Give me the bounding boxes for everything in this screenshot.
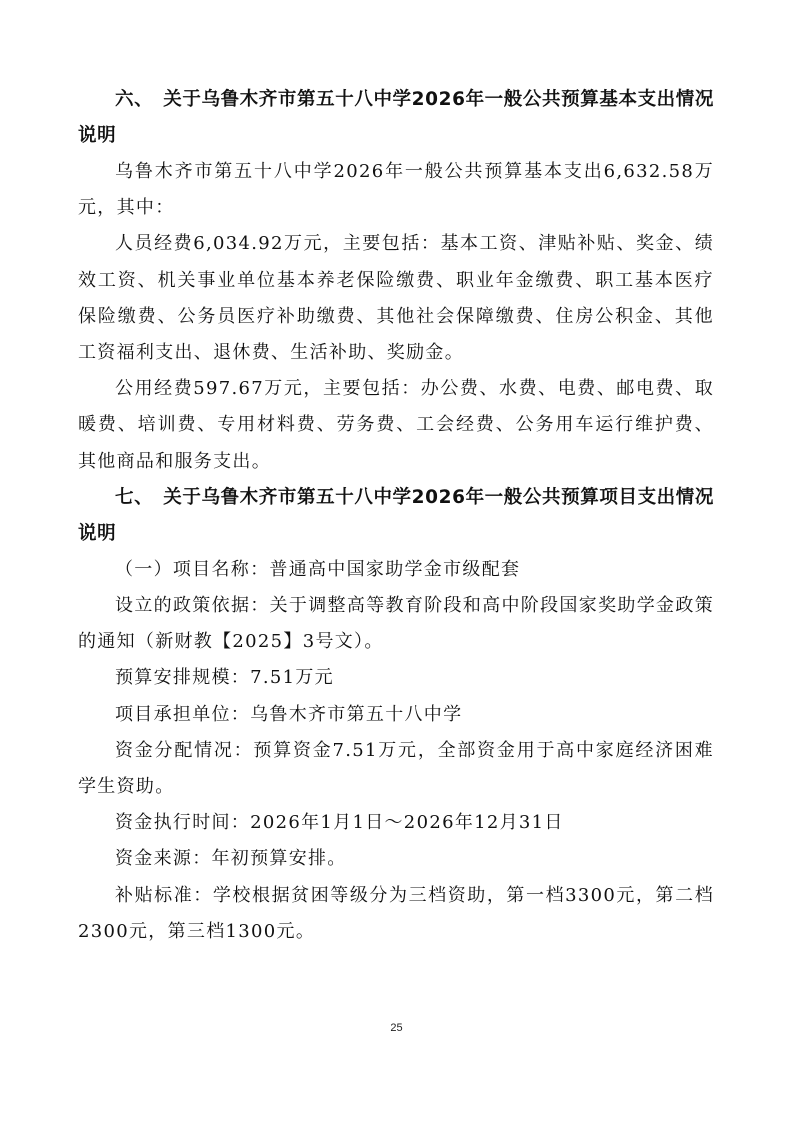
section-title: 关于乌鲁木齐市第五十八中学2026年一般公共预算项目支出情况说明: [78, 487, 714, 544]
paragraph-fund-allocation: 资金分配情况：预算资金7.51万元，全部资金用于高中家庭经济困难学生资助。: [78, 733, 714, 805]
paragraph-public-expenses: 公用经费597.67万元，主要包括：办公费、水费、电费、邮电费、取暖费、培训费、…: [78, 371, 714, 480]
paragraph-policy-basis: 设立的政策依据：关于调整高等教育阶段和高中阶段国家奖助学金政策的通知（新财教【2…: [78, 588, 714, 660]
paragraph-subsidy-standard: 补贴标准：学校根据贫困等级分为三档资助，第一档3300元，第二档2300元，第三…: [78, 878, 714, 950]
document-page: 六、关于乌鲁木齐市第五十八中学2026年一般公共预算基本支出情况说明 乌鲁木齐市…: [78, 82, 714, 950]
paragraph-responsible-unit: 项目承担单位：乌鲁木齐市第五十八中学: [78, 697, 714, 733]
section-title: 关于乌鲁木齐市第五十八中学2026年一般公共预算基本支出情况说明: [78, 89, 714, 146]
page-number: 25: [0, 1022, 793, 1034]
section-number: 六、: [115, 89, 153, 110]
paragraph-fund-source: 资金来源：年初预算安排。: [78, 841, 714, 877]
paragraph-execution-period: 资金执行时间：2026年1月1日～2026年12月31日: [78, 805, 714, 841]
section-heading-7: 七、关于乌鲁木齐市第五十八中学2026年一般公共预算项目支出情况说明: [78, 480, 714, 552]
paragraph-project-name: （一）项目名称：普通高中国家助学金市级配套: [78, 552, 714, 588]
paragraph-personnel-expenses: 人员经费6,034.92万元，主要包括：基本工资、津贴补贴、奖金、绩效工资、机关…: [78, 226, 714, 371]
paragraph-basic-expenditure-total: 乌鲁木齐市第五十八中学2026年一般公共预算基本支出6,632.58万元，其中：: [78, 154, 714, 226]
paragraph-budget-scale: 预算安排规模：7.51万元: [78, 660, 714, 696]
section-heading-6: 六、关于乌鲁木齐市第五十八中学2026年一般公共预算基本支出情况说明: [78, 82, 714, 154]
section-number: 七、: [115, 487, 153, 508]
